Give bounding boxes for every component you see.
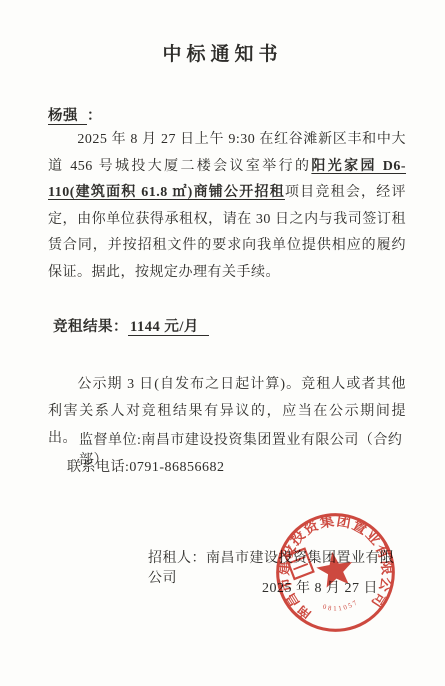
contact-phone-line: 联系电话:0791-86856682 [48, 456, 406, 476]
lessor-label: 招租人： [148, 551, 206, 566]
supervisor-label: 监督单位: [79, 433, 141, 448]
document-page: 中标通知书 杨强： 2025 年 8 月 27 日上午 9:30 在红谷滩新区丰… [0, 0, 445, 686]
contact-phone-label: 联系电话: [67, 460, 129, 475]
bid-result-line: 竞租结果：1144 元/月 [48, 315, 406, 336]
contact-phone-value: 0791-86856682 [129, 460, 224, 475]
body-paragraph: 2025 年 8 月 27 日上午 9:30 在红谷滩新区丰和中大道 456 号… [48, 127, 406, 286]
addressee-colon: ： [87, 108, 102, 124]
bid-result-label: 竞租结果： [53, 319, 128, 335]
bid-result-value: 1144 元/月 [128, 319, 209, 336]
addressee-line: 杨强： [48, 104, 406, 125]
addressee-name: 杨强 [48, 108, 87, 125]
star-icon [314, 549, 355, 589]
company-seal-stamp: 南昌市建设投资集团置业有限公司 01081105780 [265, 502, 406, 643]
document-title: 中标通知书 [0, 39, 445, 66]
